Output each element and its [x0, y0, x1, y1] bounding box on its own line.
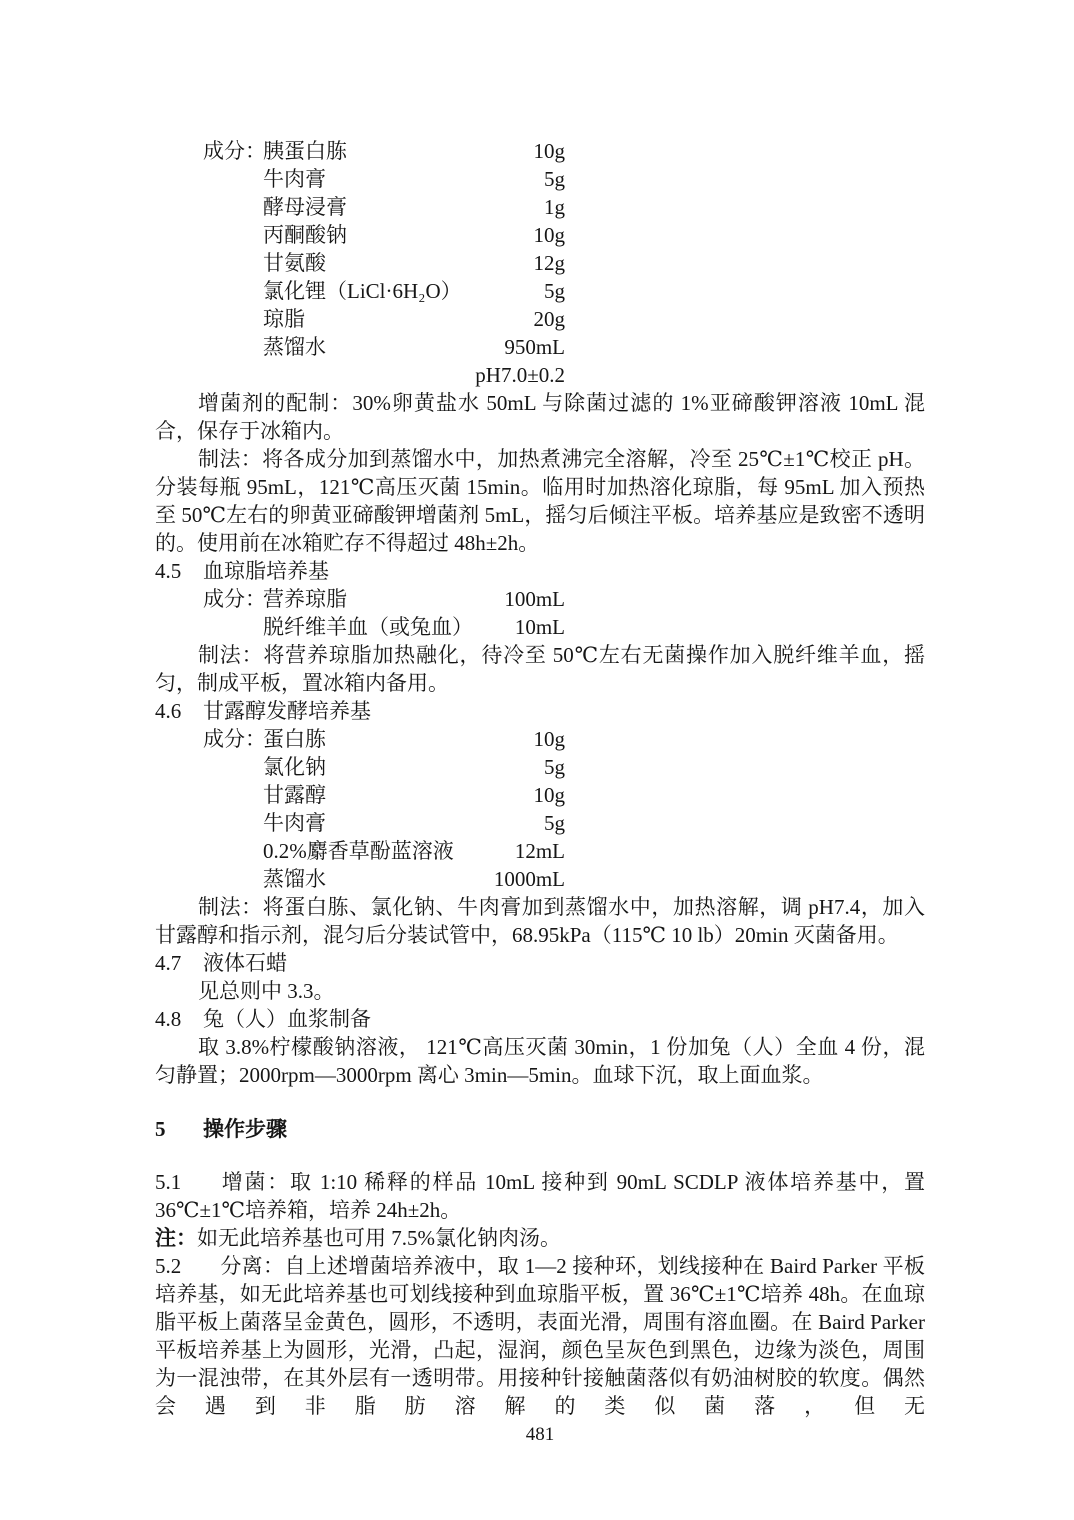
ingredient-qty: 100mL: [155, 585, 565, 613]
ingredient-row: 氯化钠 5g: [155, 753, 925, 781]
paragraph-step-5-1: 5.1增菌：取 1:10 稀释的样品 10mL 接种到 90mL SCDLP 液…: [155, 1168, 925, 1224]
ingredient-qty: 5g: [155, 809, 565, 837]
ingredient-row: 甘氨酸 12g: [155, 249, 925, 277]
document-page: 成分： 胰蛋白胨 10g 牛肉膏 5g 酵母浸膏 1g 丙酮酸钠 10g 甘氨酸…: [0, 0, 1074, 1520]
ingredient-row: 酵母浸膏 1g: [155, 193, 925, 221]
section-number: 4.5: [155, 557, 203, 585]
paragraph-method-4-4: 制法：将各成分加到蒸馏水中，加热煮沸完全溶解，冷至 25℃±1℃校正 pH。分装…: [155, 445, 925, 557]
ingredient-qty: 20g: [155, 305, 565, 333]
ingredient-qty: 10mL: [155, 613, 565, 641]
ingredient-qty: 10g: [155, 725, 565, 753]
ingredient-qty: 1g: [155, 193, 565, 221]
section-title: 操作步骤: [203, 1117, 287, 1141]
step-number: 5.1: [155, 1168, 220, 1196]
section-title: 兔（人）血浆制备: [203, 1007, 371, 1031]
ingredient-row: 蒸馏水 1000mL: [155, 865, 925, 893]
ph-value: pH7.0±0.2: [155, 361, 565, 389]
page-number: 481: [155, 1422, 925, 1448]
step-text: 增菌：取 1:10 稀释的样品 10mL 接种到 90mL SCDLP 液体培养…: [155, 1170, 925, 1222]
ingredient-qty: 5g: [155, 753, 565, 781]
chapter-heading-5: 5操作步骤: [155, 1115, 925, 1143]
ingredient-qty: 5g: [155, 277, 565, 305]
ingredient-list-4-4: 成分： 胰蛋白胨 10g 牛肉膏 5g 酵母浸膏 1g 丙酮酸钠 10g 甘氨酸…: [155, 137, 925, 389]
section-heading-4-8: 4.8兔（人）血浆制备: [155, 1005, 925, 1033]
ingredient-row: 琼脂 20g: [155, 305, 925, 333]
ingredient-list-4-5: 成分： 营养琼脂 100mL 脱纤维羊血（或兔血） 10mL: [155, 585, 925, 641]
paragraph-enrichment-prep: 增菌剂的配制：30%卵黄盐水 50mL 与除菌过滤的 1%亚碲酸钾溶液 10mL…: [155, 389, 925, 445]
ph-row: pH7.0±0.2: [155, 361, 925, 389]
paragraph-method-4-5: 制法：将营养琼脂加热融化，待冷至 50℃左右无菌操作加入脱纤维羊血，摇匀，制成平…: [155, 641, 925, 697]
ingredient-list-4-6: 成分： 蛋白胨 10g 氯化钠 5g 甘露醇 10g 牛肉膏 5g 0.2%麝香…: [155, 725, 925, 893]
section-number: 4.6: [155, 697, 203, 725]
ingredient-qty: 10g: [155, 137, 565, 165]
paragraph-4-8: 取 3.8%柠檬酸钠溶液， 121℃高压灭菌 30min，1 份加兔（人）全血 …: [155, 1033, 925, 1089]
ingredient-qty: 12mL: [155, 837, 565, 865]
section-title: 甘露醇发酵培养基: [203, 699, 371, 723]
paragraph-step-5-2: 5.2分离：自上述增菌培养液中，取 1—2 接种环，划线接种在 Baird Pa…: [155, 1252, 925, 1420]
note-text: 如无此培养基也可用 7.5%氯化钠肉汤。: [197, 1226, 561, 1250]
step-text: 分离：自上述增菌培养液中，取 1—2 接种环，划线接种在 Baird Parke…: [155, 1254, 925, 1418]
paragraph-method-4-6: 制法：将蛋白胨、氯化钠、牛肉膏加到蒸馏水中，加热溶解，调 pH7.4，加入甘露醇…: [155, 893, 925, 949]
section-heading-4-6: 4.6甘露醇发酵培养基: [155, 697, 925, 725]
ingredient-qty: 5g: [155, 165, 565, 193]
section-heading-4-7: 4.7液体石蜡: [155, 949, 925, 977]
section-number: 4.8: [155, 1005, 203, 1033]
ingredient-qty: 10g: [155, 221, 565, 249]
step-number: 5.2: [155, 1252, 220, 1280]
section-number: 4.7: [155, 949, 203, 977]
ingredient-row: 成分： 胰蛋白胨 10g: [155, 137, 925, 165]
ingredient-qty: 1000mL: [155, 865, 565, 893]
ingredient-qty: 12g: [155, 249, 565, 277]
section-title: 液体石蜡: [203, 951, 287, 975]
section-title: 血琼脂培养基: [203, 559, 329, 583]
ingredient-row: 甘露醇 10g: [155, 781, 925, 809]
section-heading-4-5: 4.5血琼脂培养基: [155, 557, 925, 585]
ingredient-row: 牛肉膏 5g: [155, 809, 925, 837]
paragraph-4-7: 见总则中 3.3。: [155, 977, 925, 1005]
ingredient-row: 0.2%麝香草酚蓝溶液 12mL: [155, 837, 925, 865]
ingredient-row: 蒸馏水 950mL: [155, 333, 925, 361]
note-label: 注：: [155, 1226, 197, 1250]
ingredient-qty: 10g: [155, 781, 565, 809]
ingredient-qty: 950mL: [155, 333, 565, 361]
ingredient-row: 牛肉膏 5g: [155, 165, 925, 193]
ingredient-row: 成分： 蛋白胨 10g: [155, 725, 925, 753]
paragraph-note: 注：如无此培养基也可用 7.5%氯化钠肉汤。: [155, 1224, 925, 1252]
ingredient-row: 丙酮酸钠 10g: [155, 221, 925, 249]
ingredient-row: 成分： 营养琼脂 100mL: [155, 585, 925, 613]
ingredient-row: 氯化锂（LiCl·6H₂O） 5g: [155, 277, 925, 305]
ingredient-row: 脱纤维羊血（或兔血） 10mL: [155, 613, 925, 641]
section-number: 5: [155, 1115, 203, 1143]
